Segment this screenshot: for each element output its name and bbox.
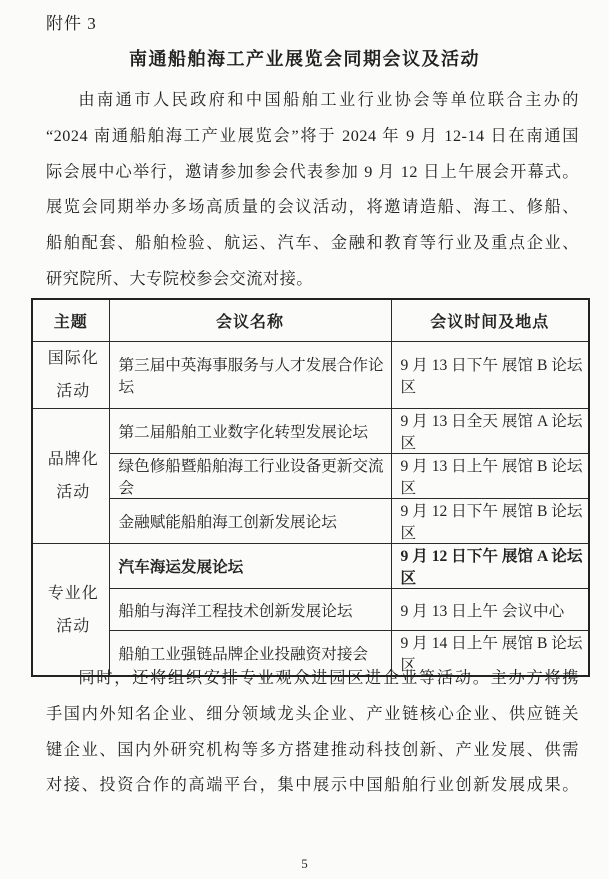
paragraph-line: 由南通市人民政府和中国船舶工业行业协会等单位联合主办的 [46,83,579,119]
table-row: 品牌化 活动 第二届船舶工业数字化转型发展论坛 9 月 13 日全天 展馆 A … [32,409,589,454]
paragraph-line: 研究院所、大专院校参会交流对接。 [46,262,579,298]
paragraph-line: 手国内外知名企业、细分领域龙头企业、产业链核心企业、供应链关 [46,697,579,733]
attachment-label: 附件 3 [46,9,97,34]
document-page: 附件 3 南通船舶海工产业展览会同期会议及活动 由南通市人民政府和中国船舶工业行… [0,0,609,879]
table-header-name: 会议名称 [109,299,391,342]
table-row: 专业化 活动 汽车海运发展论坛 9 月 12 日下午 展馆 A 论坛区 [32,544,589,589]
conference-name-cell: 汽车海运发展论坛 [109,544,391,589]
document-title: 南通船舶海工产业展览会同期会议及活动 [0,45,609,71]
theme-label-line: 品牌化 [42,443,105,476]
intro-paragraph: 由南通市人民政府和中国船舶工业行业协会等单位联合主办的 “2024 南通船舶海工… [46,83,579,298]
conference-time-cell: 9 月 13 日全天 展馆 A 论坛区 [391,409,589,454]
paragraph-line: 展览会同期举办多场高质量的会议活动，将邀请造船、海工、修船、 [46,190,579,226]
theme-cell: 专业化 活动 [32,544,109,677]
theme-label-line: 专业化 [42,577,105,610]
theme-cell: 品牌化 活动 [32,409,109,544]
conference-name-cell: 船舶与海洋工程技术创新发展论坛 [109,589,391,631]
paragraph-line: 船舶配套、船舶检验、航运、汽车、金融和教育等行业及重点企业、 [46,226,579,262]
theme-label-line: 活动 [42,610,105,643]
conference-name-cell: 绿色修船暨船舶海工行业设备更新交流会 [109,454,391,499]
table-header-row: 主题 会议名称 会议时间及地点 [32,299,589,342]
table-row: 船舶与海洋工程技术创新发展论坛 9 月 13 日上午 会议中心 [32,589,589,631]
conference-time-cell: 9 月 12 日下午 展馆 A 论坛区 [391,544,589,589]
conference-name-cell: 第二届船舶工业数字化转型发展论坛 [109,409,391,454]
conference-time-cell: 9 月 13 日下午 展馆 B 论坛区 [391,342,589,409]
table-row: 国际化 活动 第三届中英海事服务与人才发展合作论坛 9 月 13 日下午 展馆 … [32,342,589,409]
conference-table: 主题 会议名称 会议时间及地点 国际化 活动 第三届中英海事服务与人才发展合作论… [31,298,590,677]
conference-time-cell: 9 月 12 日下午 展馆 B 论坛区 [391,499,589,544]
table-row: 金融赋能船舶海工创新发展论坛 9 月 12 日下午 展馆 B 论坛区 [32,499,589,544]
theme-label-line: 活动 [42,375,105,408]
paragraph-line: 同时，还将组织安排专业观众进园区进企业等活动。主办方将携 [46,661,579,697]
conference-name-cell: 金融赋能船舶海工创新发展论坛 [109,499,391,544]
table-row: 绿色修船暨船舶海工行业设备更新交流会 9 月 13 日上午 展馆 B 论坛区 [32,454,589,499]
page-number: 5 [0,856,609,872]
conference-name-cell: 第三届中英海事服务与人才发展合作论坛 [109,342,391,409]
theme-label-line: 活动 [42,476,105,509]
paragraph-line: 对接、投资合作的高端平台，集中展示中国船舶行业创新发展成果。 [46,768,579,804]
theme-label-line: 国际化 [42,342,105,375]
paragraph-line: “2024 南通船舶海工产业展览会”将于 2024 年 9 月 12-14 日在… [46,119,579,155]
conference-time-cell: 9 月 13 日上午 展馆 B 论坛区 [391,454,589,499]
paragraph-line: 际会展中心举行，邀请参加参会代表参加 9 月 12 日上午展会开幕式。 [46,155,579,191]
theme-cell: 国际化 活动 [32,342,109,409]
conference-time-cell: 9 月 13 日上午 会议中心 [391,589,589,631]
paragraph-line: 键企业、国内外研究机构等多方搭建推动科技创新、产业发展、供需 [46,733,579,769]
table-header-time: 会议时间及地点 [391,299,589,342]
closing-paragraph: 同时，还将组织安排专业观众进园区进企业等活动。主办方将携 手国内外知名企业、细分… [46,661,579,804]
table-header-theme: 主题 [32,299,109,342]
